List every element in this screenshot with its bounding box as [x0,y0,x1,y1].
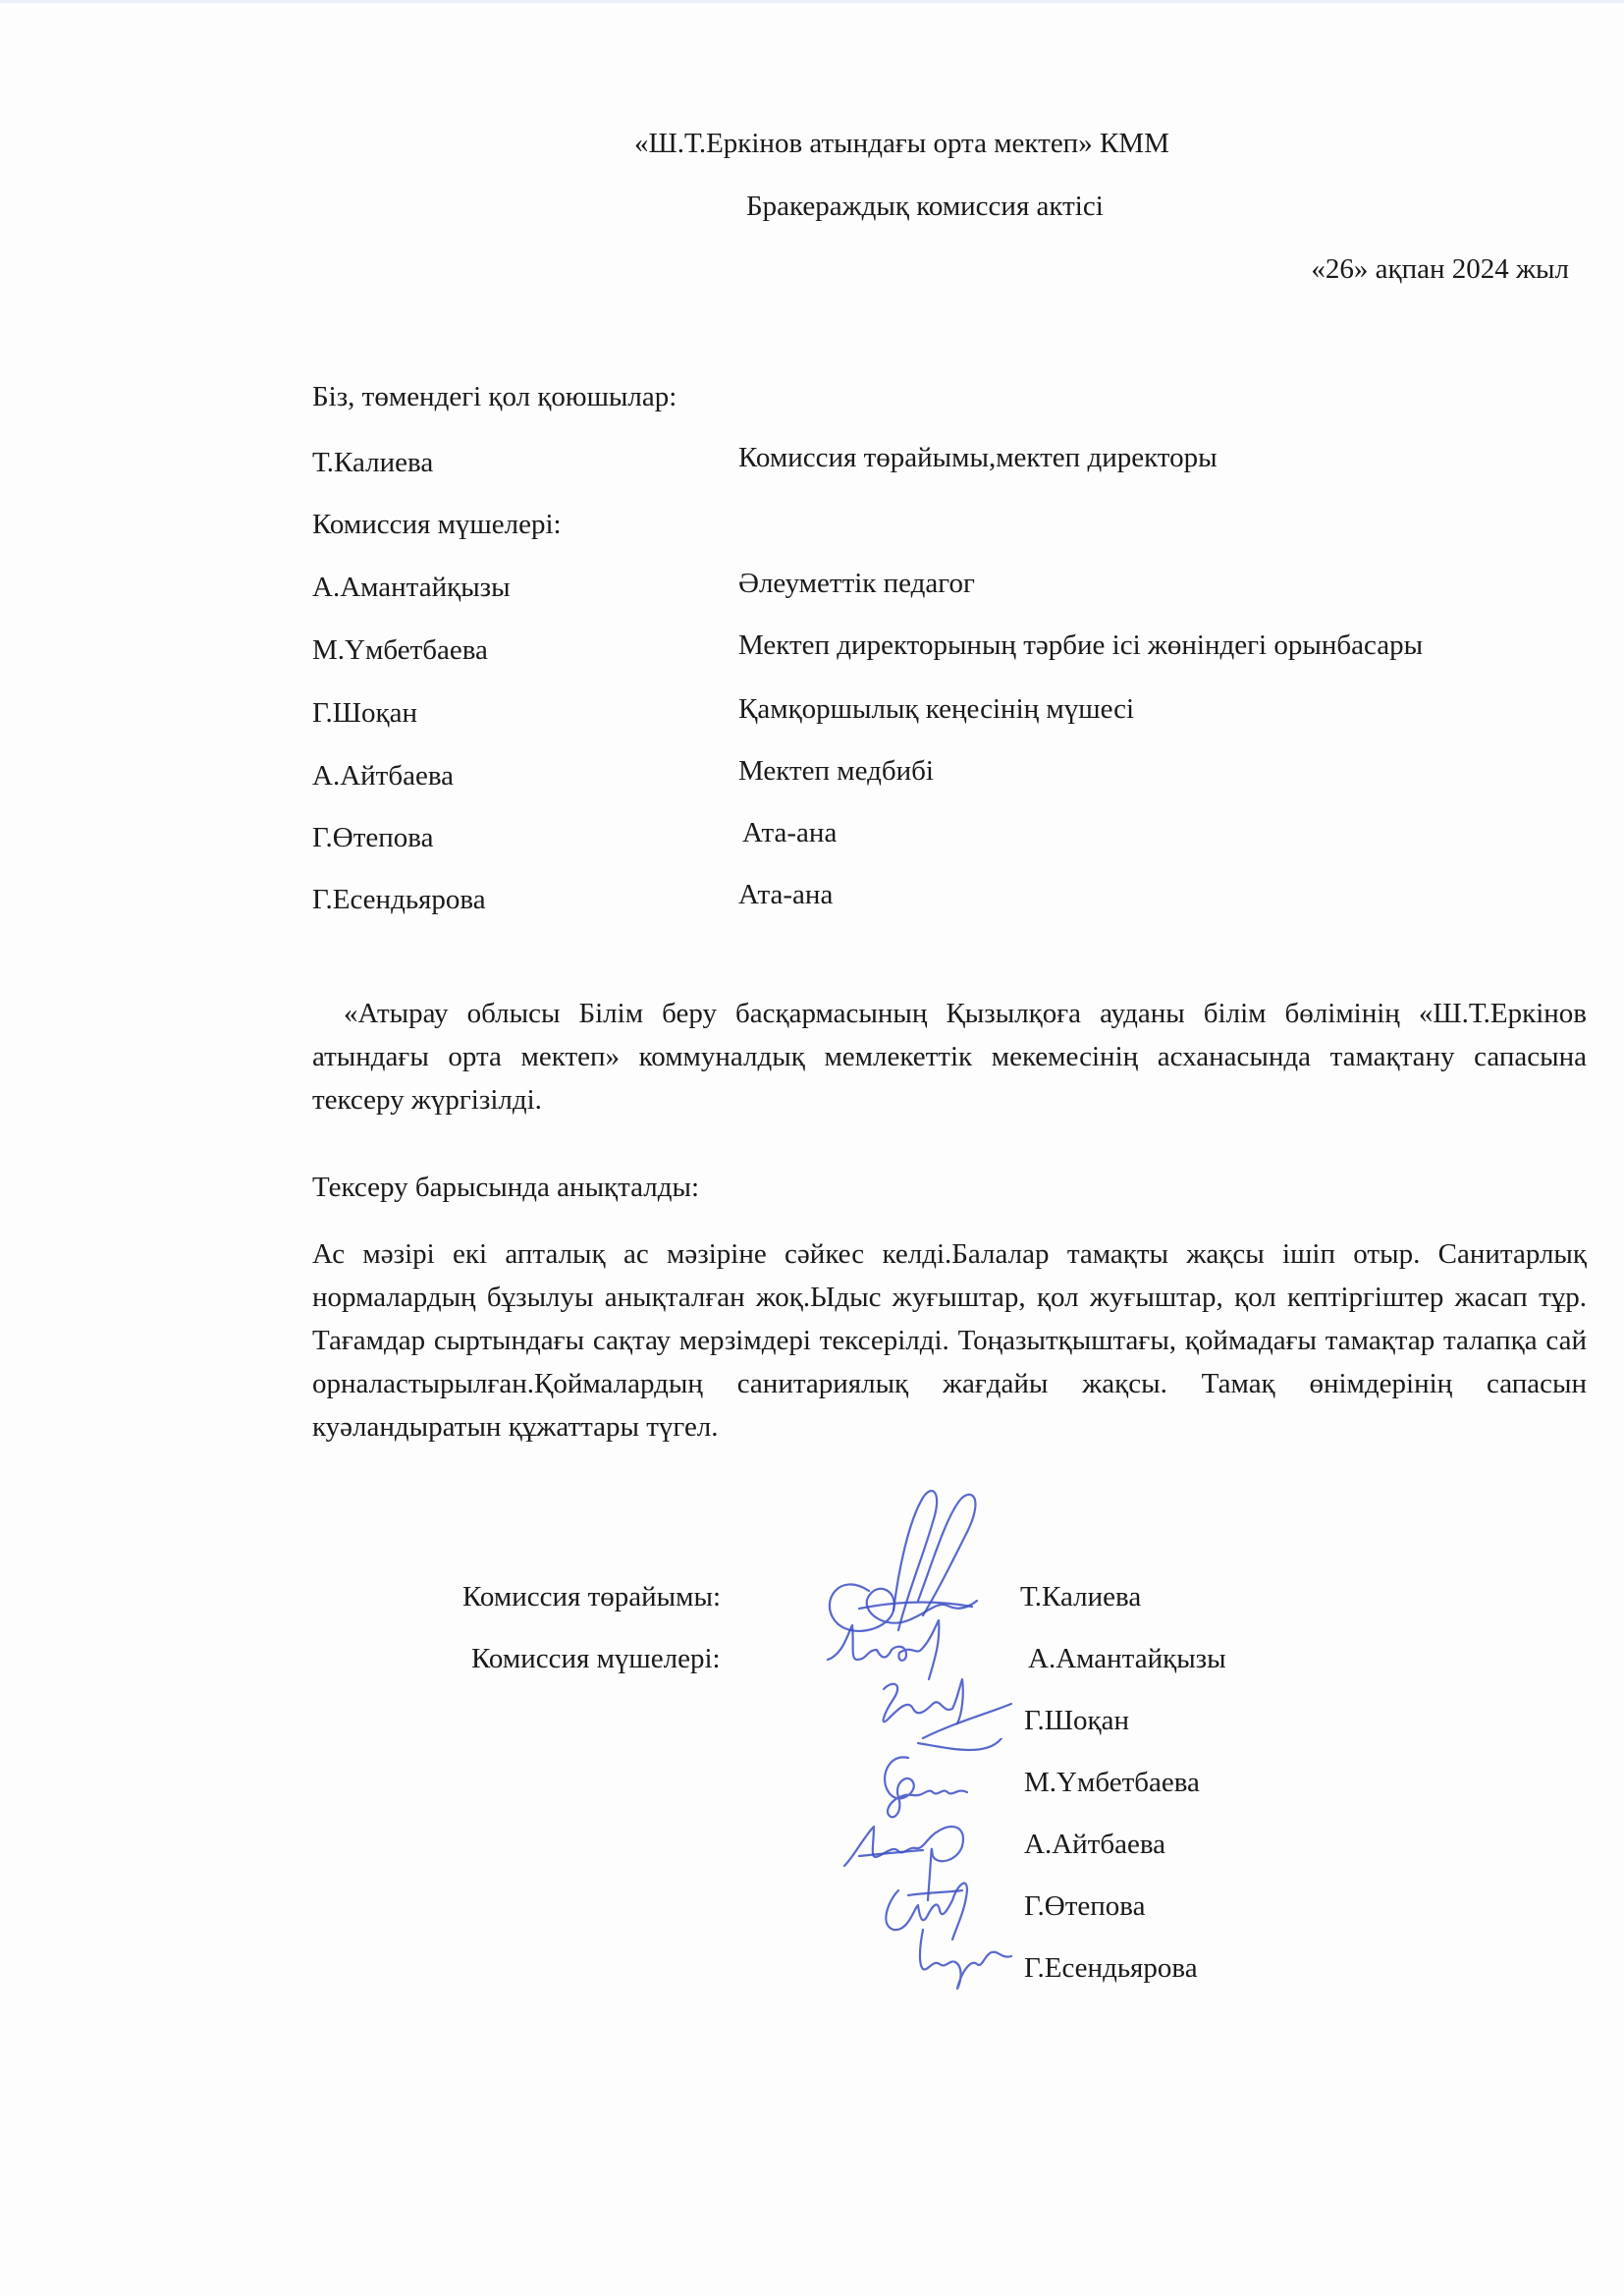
signatory-name: М.Үмбетбаева [1024,1767,1200,1799]
member-role: Қамқоршылық кеңесінің мүшесі [738,693,1134,726]
member-signature-icon [839,1807,997,1905]
member-role: Мектеп медбибі [738,755,934,788]
member-signature-icon [908,1925,1016,1994]
member-name: А.Айтбаева [312,760,454,793]
member-role: Мектеп директорының тәрбие ісі жөніндегі… [738,629,1423,662]
member-name: А.Амантайқызы [312,572,511,604]
member-role: Ата-ана [738,879,833,911]
signatory-name: Т.Калиева [1020,1581,1141,1613]
member-role: Әлеуметтік педагог [738,568,975,600]
member-signature-icon [869,1738,1006,1827]
member-name: Г.Шоқан [312,697,417,730]
signatory-name: А.Айтбаева [1024,1829,1165,1861]
signatory-name: А.Амантайқызы [1028,1643,1226,1675]
signatory-name: Г.Өтепова [1024,1890,1145,1923]
chair-signature-label: Комиссия төрайымы: [462,1581,721,1613]
signatory-name: Г.Есендьярова [1024,1952,1198,1985]
document-date: «26» ақпан 2024 жыл [1311,255,1569,284]
member-signature-icon [869,1871,987,1949]
member-signature-icon [864,1669,1021,1748]
document-page: «Ш.Т.Еркінов атындағы орта мектеп» КММ Б… [0,0,1624,2296]
member-name: Г.Өтепова [312,822,433,854]
member-signature-icon [823,1615,970,1684]
member-name: М.Үмбетбаева [312,634,488,667]
findings-label: Тексеру барысында анықталды: [312,1174,699,1202]
organization-name: «Ш.Т.Еркінов атындағы орта мектеп» КММ [634,130,1169,158]
findings-paragraph: Ас мәзірі екі апталық ас мәзіріне сәйкес… [312,1232,1587,1449]
document-title: Бракераждық комиссия актісі [746,192,1104,221]
scan-edge [0,0,1624,3]
inspection-paragraph: «Атырау облысы Білім беру басқармасының … [312,992,1587,1121]
chair-name: Т.Калиева [312,447,433,479]
intro-text: Біз, төмендегі қол қоюшылар: [312,383,677,411]
chair-role: Комиссия төрайымы,мектеп директоры [738,442,1218,474]
members-label: Комиссия мүшелері: [312,511,562,539]
chair-signature-icon [800,1483,997,1660]
members-signature-label: Комиссия мүшелері: [471,1643,721,1675]
member-name: Г.Есендьярова [312,884,486,916]
signatory-name: Г.Шоқан [1024,1705,1129,1737]
member-role: Ата-ана [742,817,837,849]
